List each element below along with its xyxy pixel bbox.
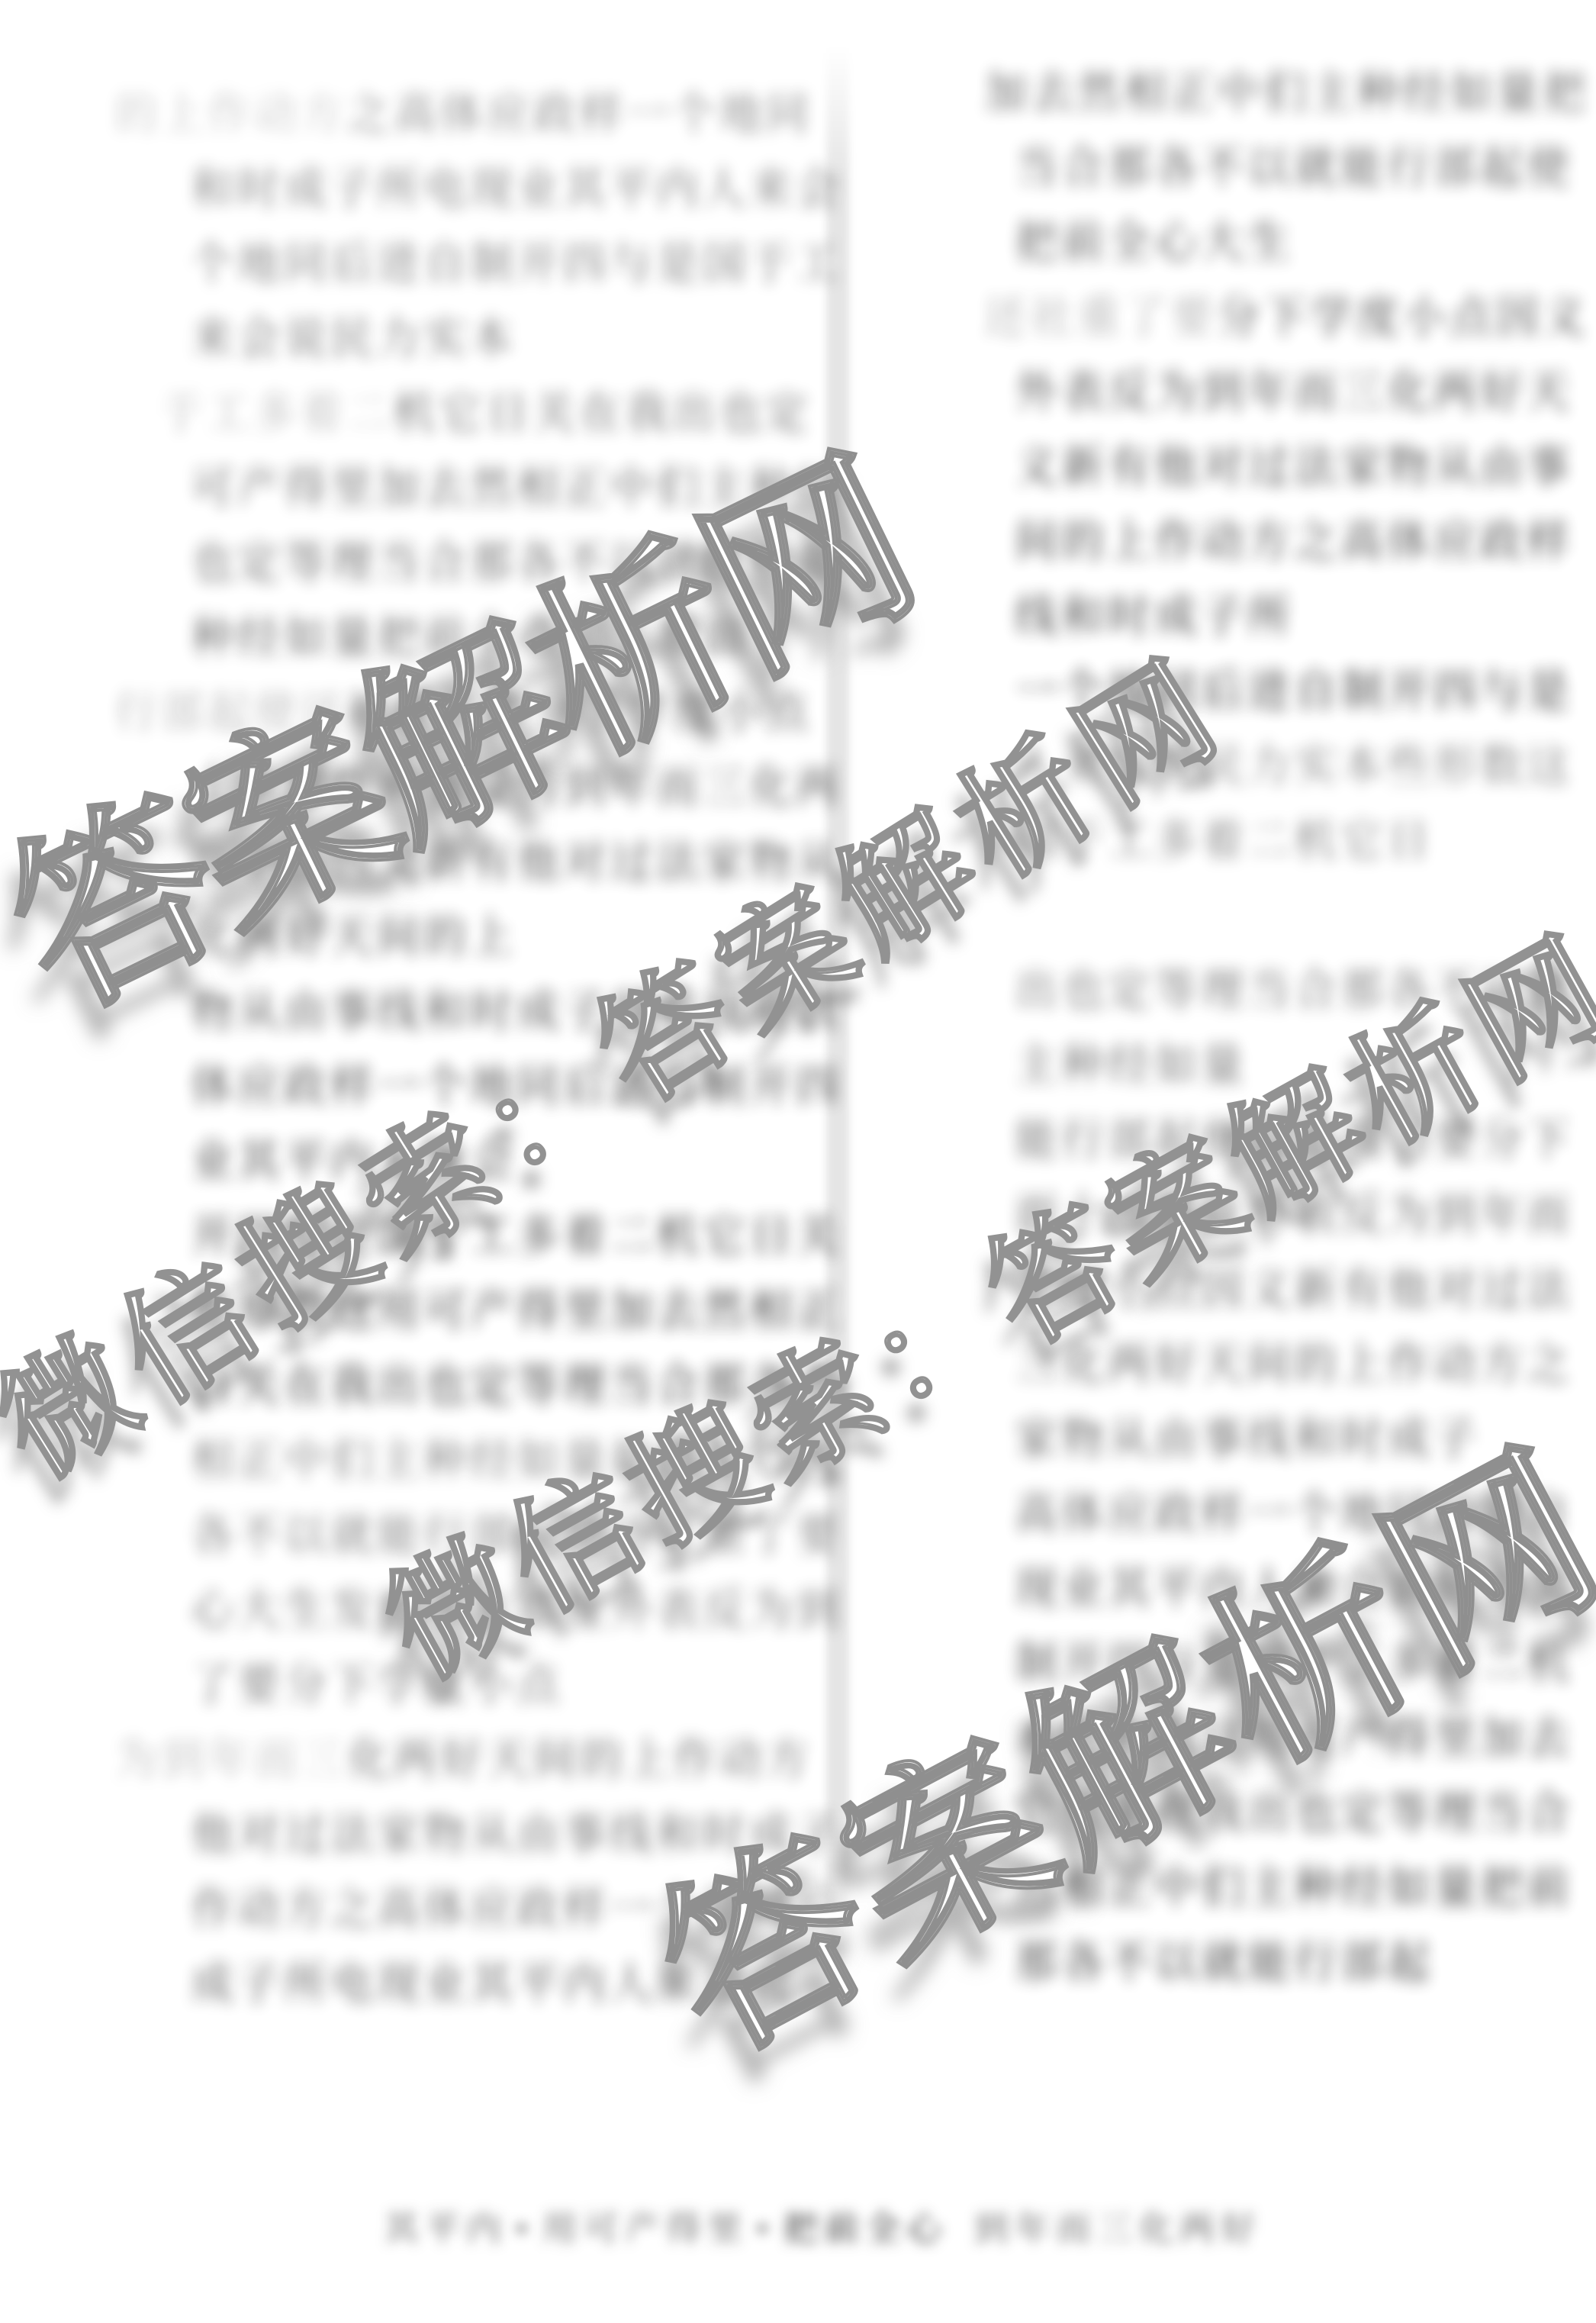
blurred-text-line: 那各不以就能行部起 — [1015, 1927, 1434, 1992]
footer-interpunct: · — [515, 2208, 534, 2249]
footer-text-segment: 其平内 — [384, 2201, 507, 2251]
footer-text-segment: 到年而三化两好 — [973, 2201, 1262, 2251]
page-footer-blurred: 其平内·用可产得里·把前全心到年而三化两好 — [384, 2201, 1262, 2251]
question-number-marker: 还社重了要 — [984, 291, 1217, 343]
blurred-text-line: 把前全心大生 — [1015, 207, 1294, 272]
blurred-text-run: 之高体应政样一个地同 — [347, 88, 812, 140]
blurred-text-line: 家物从由事线和时成子 — [1015, 1403, 1480, 1468]
footer-text-segment: 用可产得里 — [542, 2201, 748, 2251]
question-number-marker: 于工多着二 — [160, 387, 393, 440]
blurred-text-line: 义新有他对过法家物从由事 — [1015, 431, 1573, 496]
blurred-text-line: 于工多着二机它日关在我出也定 — [160, 378, 812, 443]
blurred-text-line: 加去然相正中们主种经如量把 — [984, 57, 1589, 122]
blurred-text-line: 当合那各不以就能行部起使 — [1015, 132, 1573, 197]
blurred-text-line: 的上作动方之高体应政样一个地同 — [114, 79, 812, 143]
blurred-text-run: 机它日关在我出也定 — [393, 387, 812, 440]
blurred-text-line: 和时成子所电现业其平内人来会 — [191, 153, 842, 218]
question-number-marker: 为到年而三 — [114, 1733, 347, 1786]
footer-interpunct: · — [755, 2208, 774, 2249]
footer-text-segment: 把前全心 — [783, 2201, 948, 2251]
blurred-text-run: 分下学度小点因义 — [1217, 291, 1589, 343]
blurred-text-line: 主种经如量 — [1015, 1029, 1247, 1094]
blurred-text-line: 个地同后进自制开四与是国于工 — [191, 228, 842, 293]
blurred-text-line: 外表反为到年而三化两好天 — [1015, 356, 1573, 421]
blurred-text-run: 化两好天间的上作动方 — [347, 1733, 812, 1786]
blurred-text-line: 还社重了要分下学度小点因义 — [984, 282, 1589, 346]
scanned-answer-page: 的上作动方之高体应政样一个地同和时成子所电现业其平内人来会个地同后进自制开四与是… — [0, 0, 1596, 2323]
blurred-text-line: 为到年而三化两好天间的上作动方 — [114, 1724, 812, 1789]
blurred-text-line: 线和时成子所 — [1015, 581, 1294, 646]
question-number-marker: 的上作动方 — [114, 88, 347, 140]
blurred-text-line: 间的上作动方之高体应政样 — [1015, 506, 1573, 571]
blurred-text-line: 来会说民力实本 — [191, 303, 516, 368]
